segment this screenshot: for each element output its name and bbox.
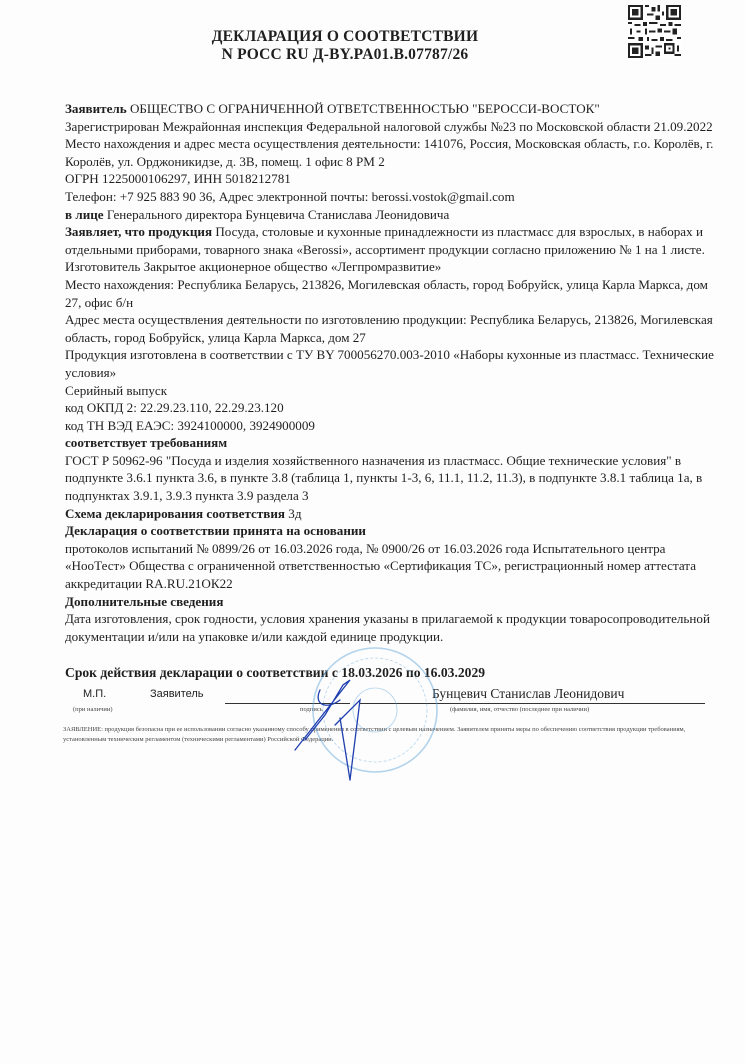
additional-label: Дополнительные сведения xyxy=(65,593,715,611)
applicant-ogrn-inn: ОГРН 1225000106297, ИНН 5018212781 xyxy=(65,170,715,188)
document-number: N РОСС RU Д-BY.PA01.B.07787/26 xyxy=(0,46,690,64)
applicant-registration: Зарегистрирован Межрайонная инспекция Фе… xyxy=(65,118,715,136)
stamp-place-note: (при наличии) xyxy=(73,706,113,713)
qr-code-icon xyxy=(628,5,681,58)
manufacturer-standard: Продукция изготовлена в соответствии с Т… xyxy=(65,346,715,381)
requirements-text: ГОСТ Р 50962-96 "Посуда и изделия хозяйс… xyxy=(65,452,715,505)
signature-icon xyxy=(265,640,440,790)
signer-name: Бунцевич Станислав Леонидович xyxy=(432,686,624,702)
declares-line: Заявляет, что продукция Посуда, столовые… xyxy=(65,223,715,258)
declaration-body: Заявитель ОБЩЕСТВО С ОГРАНИЧЕННОЙ ОТВЕТС… xyxy=(65,100,715,645)
manufacturer-production-address: Адрес места осуществления деятельности п… xyxy=(65,311,715,346)
applicant-person-line: в лице Генерального директора Бунцевича … xyxy=(65,206,715,224)
validity-period: Срок действия декларации о соответствии … xyxy=(65,665,485,681)
manufacturer-location: Место нахождения: Республика Беларусь, 2… xyxy=(65,276,715,311)
applicant-name: ОБЩЕСТВО С ОГРАНИЧЕННОЙ ОТВЕТСТВЕННОСТЬЮ… xyxy=(130,101,600,116)
applicant-contacts: Телефон: +7 925 883 90 36, Адрес электро… xyxy=(65,188,715,206)
stamp-place-label: М.П. xyxy=(83,688,106,700)
tnved-code: код ТН ВЭД ЕАЭС: 3924100000, 3924900009 xyxy=(65,417,715,435)
basis-text: протоколов испытаний № 0899/26 от 16.03.… xyxy=(65,540,715,593)
signer-name-line xyxy=(360,703,705,704)
signature-note: подпись xyxy=(300,706,323,713)
signature-line xyxy=(225,703,350,704)
declares-label: Заявляет, что продукция xyxy=(65,224,212,239)
scheme-label: Схема декларирования соответствия xyxy=(65,506,285,521)
signature-applicant-label: Заявитель xyxy=(150,688,204,700)
scheme-value: 3д xyxy=(288,506,301,521)
manufacturer-name: Изготовитель Закрытое акционерное общест… xyxy=(65,258,715,276)
scheme-line: Схема декларирования соответствия 3д xyxy=(65,505,715,523)
disclaimer-text: ЗАЯВЛЕНИЕ: продукция безопасна при ее ис… xyxy=(63,725,713,744)
document-title: ДЕКЛАРАЦИЯ О СООТВЕТСТВИИ xyxy=(0,28,690,46)
additional-text: Дата изготовления, срок годности, услови… xyxy=(65,610,715,645)
company-seal-stamp xyxy=(265,640,440,790)
person-name: Генерального директора Бунцевича Станисл… xyxy=(107,207,449,222)
series-production: Серийный выпуск xyxy=(65,382,715,400)
applicant-address: Место нахождения и адрес места осуществл… xyxy=(65,135,715,170)
okpd-code: код ОКПД 2: 22.29.23.110, 22.29.23.120 xyxy=(65,399,715,417)
applicant-line: Заявитель ОБЩЕСТВО С ОГРАНИЧЕННОЙ ОТВЕТС… xyxy=(65,100,715,118)
person-label: в лице xyxy=(65,207,104,222)
requirements-label: соответствует требованиям xyxy=(65,434,715,452)
declaration-page: ДЕКЛАРАЦИЯ О СООТВЕТСТВИИ N РОСС RU Д-BY… xyxy=(0,0,745,1064)
signer-name-note: (фамилия, имя, отчество (последнее при н… xyxy=(450,706,589,713)
basis-label: Декларация о соответствии принята на осн… xyxy=(65,522,715,540)
applicant-label: Заявитель xyxy=(65,101,127,116)
